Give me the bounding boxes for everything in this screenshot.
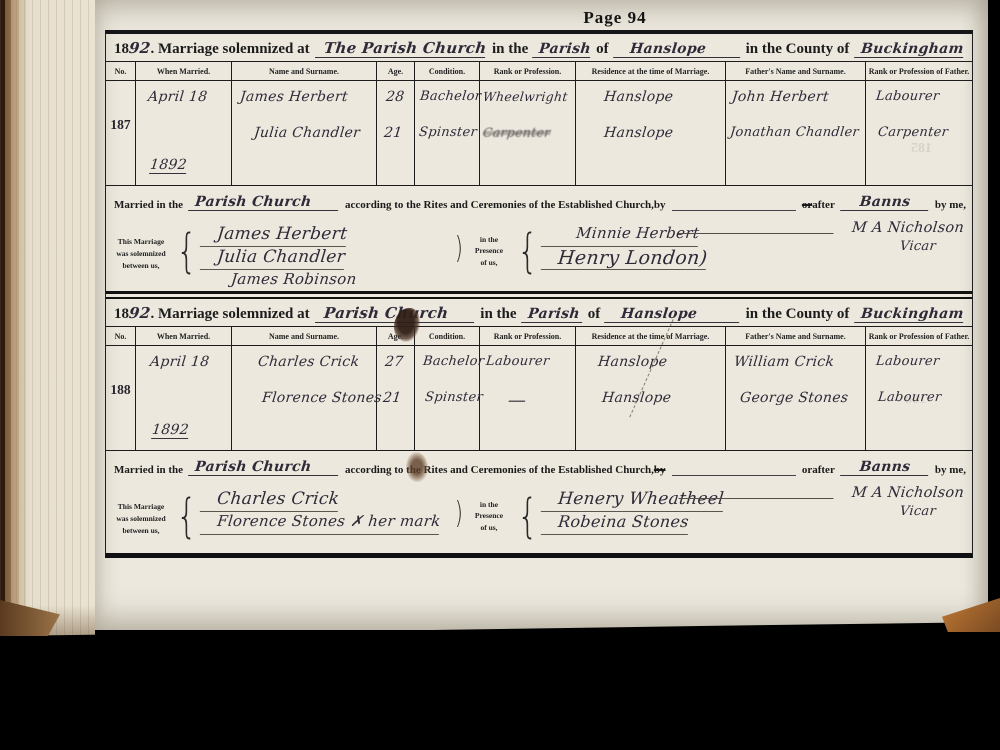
hw-married-in-place: Parish Church xyxy=(188,459,340,476)
printed-by: by xyxy=(654,199,666,211)
bride-residence: Hanslope xyxy=(603,125,674,141)
bleedthrough-ghost: 188 xyxy=(905,392,926,408)
officiant-signature: M A Nicholson Vicar xyxy=(749,220,964,254)
groom-name: James Herbert xyxy=(239,89,348,105)
printed-in-the: in the xyxy=(492,41,528,58)
col-header-father: Father's Name and Surname. xyxy=(726,327,866,345)
printed-year-prefix: 18 xyxy=(114,306,129,323)
col-header-when-married: When Married. xyxy=(136,327,232,345)
printed-married-in: Married in the xyxy=(114,199,183,211)
groom-profession: Labourer xyxy=(485,354,550,369)
groom-residence: Hanslope xyxy=(597,354,668,370)
hw-parish: Hanslope xyxy=(613,41,742,58)
hw-year-suffix: 92 xyxy=(128,39,151,57)
printed-solemnized: . Marriage solemnized at xyxy=(150,41,309,58)
col-header-condition: Condition. xyxy=(415,327,480,345)
printed-in-the: in the xyxy=(480,306,516,323)
col-header-residence: Residence at the time of Marriage. xyxy=(576,62,726,80)
officiant-title: Vicar xyxy=(748,239,937,254)
couple-signatures: Charles Crick Florence Stones ✗ her mark xyxy=(201,486,453,556)
entry-date: April 18 xyxy=(147,89,208,105)
printed-of: of xyxy=(588,306,601,323)
hw-married-in-place: Parish Church xyxy=(188,194,340,211)
record-187-column-headers: No. When Married. Name and Surname. Age.… xyxy=(106,61,972,81)
couple-signatures: James Herbert Julia Chandler James Robin… xyxy=(201,221,453,291)
record-188-headline: 1892. Marriage solemnized at Parish Chur… xyxy=(106,299,972,326)
ink-stain xyxy=(406,452,428,482)
printed-after: after xyxy=(812,464,835,476)
hw-county: Buckingham xyxy=(855,306,965,323)
printed-year-prefix: 18 xyxy=(114,41,129,58)
bride-condition: Spinster xyxy=(418,125,478,140)
signature-groom: James Herbert xyxy=(200,224,348,247)
record-187-married-in-line: Married in the Parish Church according t… xyxy=(106,185,972,218)
col-header-condition: Condition. xyxy=(415,62,480,80)
photo-background xyxy=(0,620,1000,750)
entry-number: 188 xyxy=(106,382,135,398)
record-188: 1892. Marriage solemnized at Parish Chur… xyxy=(106,299,972,556)
groom-name: Charles Crick xyxy=(257,354,360,370)
col-header-when-married: When Married. xyxy=(136,62,232,80)
record-188-column-headers: No. When Married. Name and Surname. Age.… xyxy=(106,326,972,346)
record-188-entries: 188 April 18 1892 Charles Crick Florence… xyxy=(106,346,972,450)
col-header-rank: Rank or Profession. xyxy=(480,327,576,345)
witness-1: Henery Wheatheel xyxy=(541,489,725,512)
record-188-married-in-line: Married in the Parish Church according t… xyxy=(106,450,972,483)
presence-label: in the Presence of us, xyxy=(465,221,513,291)
col-header-father: Father's Name and Surname. xyxy=(726,62,866,80)
presence-label: in the Presence of us, xyxy=(465,486,513,556)
printed-rites: according to the Rites and Ceremonies of… xyxy=(345,464,654,476)
bride-name: Florence Stones xyxy=(261,390,383,406)
this-marriage-label: This Marriage was solemnized between us, xyxy=(110,221,172,291)
entry-number: 187 xyxy=(106,117,135,133)
col-header-residence: Residence at the time of Marriage. xyxy=(576,327,726,345)
groom-age: 28 xyxy=(385,89,405,105)
record-187: 1892. Marriage solemnized at The Parish … xyxy=(106,34,972,291)
bride-name: Julia Chandler xyxy=(253,125,361,141)
bride-condition: Spinster xyxy=(424,390,484,405)
bride-father: George Stones xyxy=(739,390,849,406)
groom-father-profession: Labourer xyxy=(875,89,940,104)
bride-profession: Carpenter xyxy=(482,125,551,140)
printed-county-prefix: in the County of xyxy=(746,306,850,323)
groom-father-profession: Labourer xyxy=(875,354,940,369)
brace-icon: { xyxy=(517,221,537,291)
printed-county-prefix: in the County of xyxy=(746,41,850,58)
record-187-headline: 1892. Marriage solemnized at The Parish … xyxy=(106,34,972,61)
blank-line xyxy=(672,210,796,211)
witness-signatures: Henery Wheatheel Robeina Stones xyxy=(542,486,778,556)
groom-condition: Bachelor xyxy=(422,354,485,369)
book-right-edge xyxy=(988,0,1000,628)
witness-2: Henry London) xyxy=(541,247,709,270)
groom-age: 27 xyxy=(384,354,404,370)
entry-year: 1892 xyxy=(151,422,190,439)
register-table: 1892. Marriage solemnized at The Parish … xyxy=(105,30,973,558)
close-brace-icon: ) xyxy=(455,221,463,291)
bleedthrough-ghost: 185 xyxy=(911,141,932,157)
printed-by-me: by me, xyxy=(935,464,966,476)
printed-after: after xyxy=(812,199,835,211)
brace-icon: { xyxy=(176,486,196,556)
record-187-entries: 187 April 18 1892 James Herbert Julia Ch… xyxy=(106,81,972,185)
register-page: Page 94 1892. Marriage solemnized at The… xyxy=(95,0,988,630)
hw-year-suffix: 92 xyxy=(128,304,151,322)
printed-married-in: Married in the xyxy=(114,464,183,476)
printed-or: or xyxy=(802,464,812,476)
blank-line xyxy=(672,475,796,476)
entry-year: 1892 xyxy=(149,157,188,174)
hw-banns: Banns xyxy=(840,194,930,211)
groom-father: William Crick xyxy=(733,354,835,370)
brace-icon: { xyxy=(517,486,537,556)
col-header-father-rank: Rank or Profession of Father. xyxy=(866,62,972,80)
col-header-no: No. xyxy=(106,62,136,80)
witness-signatures: Minnie Herbert Henry London) xyxy=(542,221,778,291)
col-header-name: Name and Surname. xyxy=(232,62,377,80)
close-brace-icon: ) xyxy=(455,486,463,556)
page-number: Page 94 xyxy=(515,8,715,28)
hw-parish-word: Parish xyxy=(532,41,592,58)
groom-profession: Wheelwright xyxy=(482,89,568,104)
officiant-name: M A Nicholson xyxy=(748,485,965,502)
groom-residence: Hanslope xyxy=(603,89,674,105)
hw-parish-word: Parish xyxy=(521,306,584,323)
witness-1: Minnie Herbert xyxy=(541,224,700,247)
signature-groom: Charles Crick xyxy=(200,489,341,512)
signature-extra: James Robinson xyxy=(200,270,358,290)
col-header-name: Name and Surname. xyxy=(232,327,377,345)
brace-icon: { xyxy=(176,221,196,291)
witness-2: Robeina Stones xyxy=(541,512,690,535)
officiant-name: M A Nicholson xyxy=(748,220,965,237)
hw-county: Buckingham xyxy=(855,41,965,58)
printed-rites: according to the Rites and Ceremonies of… xyxy=(345,199,654,211)
printed-by: by xyxy=(654,464,666,476)
bride-profession: — xyxy=(507,390,528,411)
bride-age: 21 xyxy=(383,125,403,141)
bride-father: Jonathan Chandler xyxy=(729,125,860,140)
col-header-rank: Rank or Profession. xyxy=(480,62,576,80)
bride-father-profession: Carpenter xyxy=(877,125,949,140)
book-spine-pages xyxy=(0,0,95,645)
register-photo: Page 94 1892. Marriage solemnized at The… xyxy=(0,0,1000,750)
printed-of: of xyxy=(596,41,609,58)
col-header-no: No. xyxy=(106,327,136,345)
printed-solemnized: . Marriage solemnized at xyxy=(150,306,309,323)
hw-banns: Banns xyxy=(840,459,930,476)
officiant-title: Vicar xyxy=(748,504,937,519)
record-188-signature-block: This Marriage was solemnized between us,… xyxy=(106,483,972,556)
col-header-father-rank: Rank or Profession of Father. xyxy=(866,327,972,345)
bride-age: 21 xyxy=(382,390,402,406)
record-187-signature-block: This Marriage was solemnized between us,… xyxy=(106,218,972,291)
hw-place: The Parish Church xyxy=(315,39,487,58)
printed-by-me: by me, xyxy=(935,199,966,211)
officiant-signature: M A Nicholson Vicar xyxy=(749,485,964,519)
col-header-age: Age. xyxy=(377,62,415,80)
entry-date: April 18 xyxy=(149,354,210,370)
signature-bride: Julia Chandler xyxy=(200,247,346,270)
this-marriage-label: This Marriage was solemnized between us, xyxy=(110,486,172,556)
groom-father: John Herbert xyxy=(731,89,830,105)
printed-or: or xyxy=(802,199,812,211)
signature-bride: Florence Stones ✗ her mark xyxy=(200,512,442,535)
groom-condition: Bachelor xyxy=(419,89,482,104)
section-divider xyxy=(106,291,972,299)
